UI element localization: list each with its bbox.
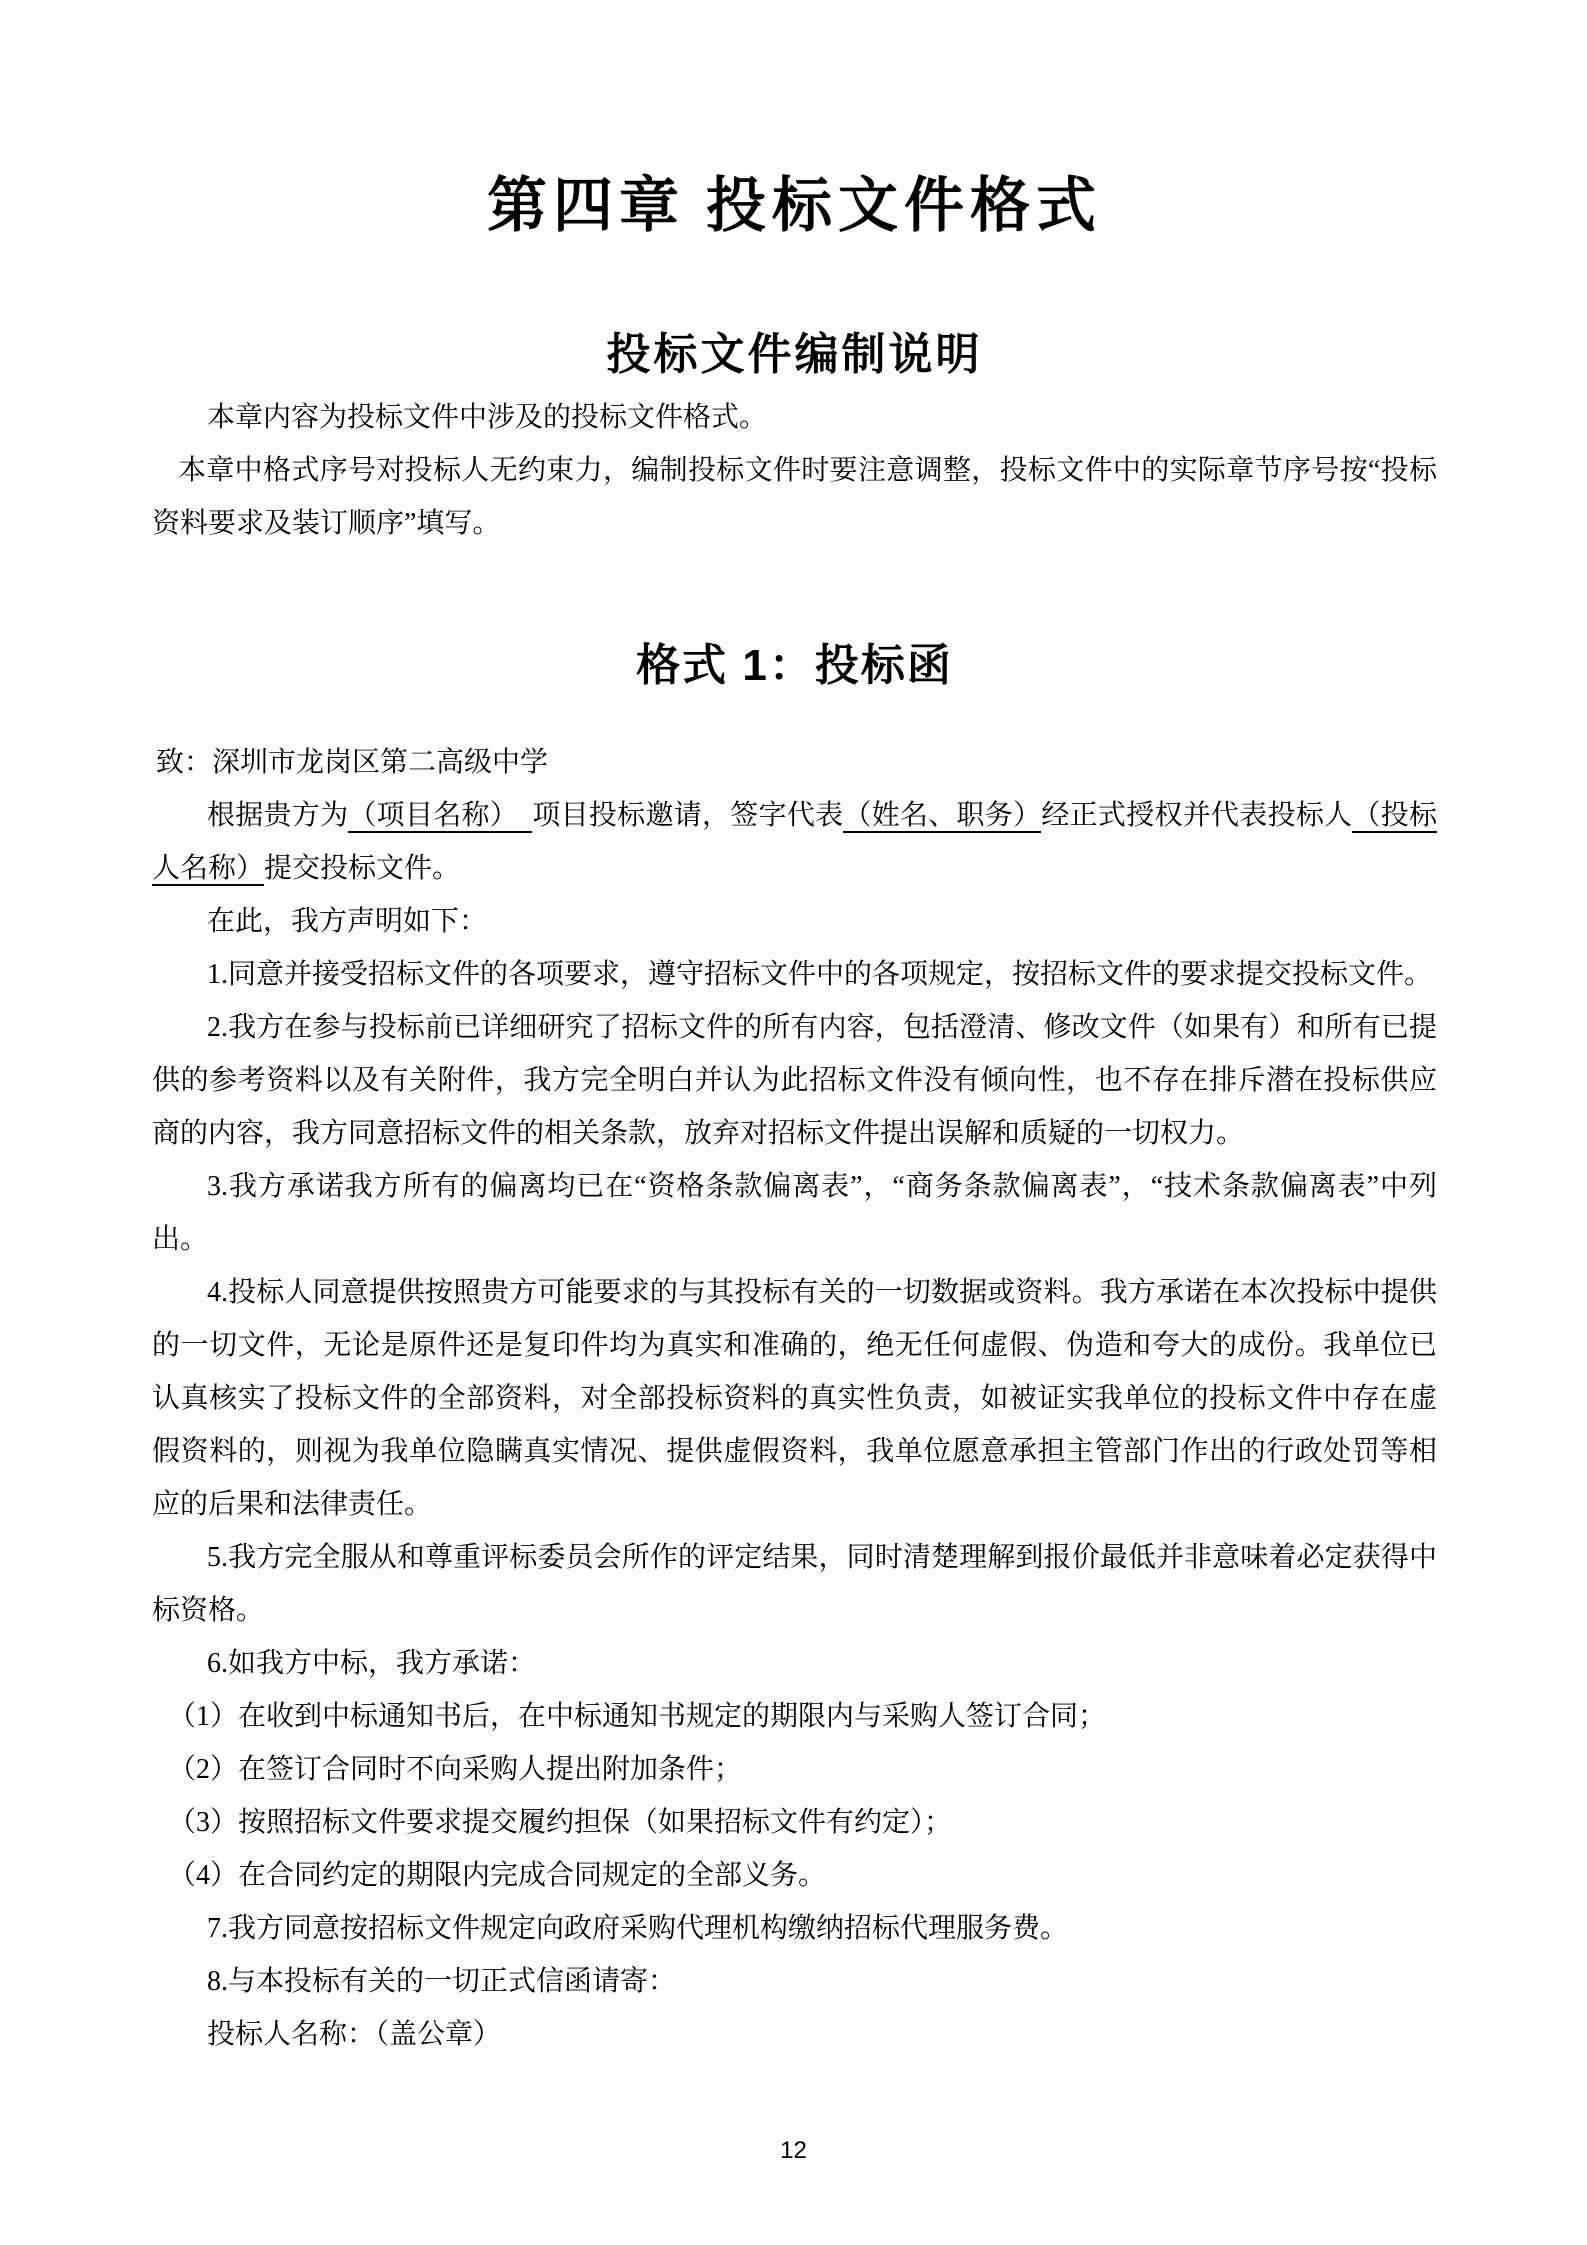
format-heading: 格式 1：投标函: [152, 638, 1437, 694]
declaration-paragraph: （4）在合同约定的期限内完成合同规定的全部义务。: [152, 1849, 1437, 1902]
declaration-paragraph: 2.我方在参与投标前已详细研究了招标文件的所有内容，包括澄清、修改文件（如果有）…: [152, 1001, 1437, 1160]
declaration-paragraph: （1）在收到中标通知书后，在中标通知书规定的期限内与采购人签订合同；: [152, 1690, 1437, 1743]
declaration-paragraph: 5.我方完全服从和尊重评标委员会所作的评定结果，同时清楚理解到报价最低并非意味着…: [152, 1531, 1437, 1637]
intro-section: 本章内容为投标文件中涉及的投标文件格式。本章中格式序号对投标人无约束力，编制投标…: [152, 391, 1437, 550]
document-page: 第四章 投标文件格式 投标文件编制说明 本章内容为投标文件中涉及的投标文件格式。…: [0, 0, 1587, 2245]
declaration-paragraph: 7.我方同意按招标文件规定向政府采购代理机构缴纳招标代理服务费。: [152, 1902, 1437, 1955]
salutation-text: 提交投标文件。: [264, 853, 460, 884]
page-number: 12: [0, 2136, 1587, 2166]
declaration-paragraph: 投标人名称：（盖公章）: [152, 2008, 1437, 2061]
declaration-paragraph: 在此，我方声明如下：: [152, 895, 1437, 948]
blank-field: （项目名称）: [348, 800, 532, 833]
blank-field: （姓名、职务）: [843, 800, 1041, 833]
declaration-paragraph: 6.如我方中标，我方承诺：: [152, 1637, 1437, 1690]
declaration-paragraph: 3.我方承诺我方所有的偏离均已在“资格条款偏离表”，“商务条款偏离表”，“技术条…: [152, 1160, 1437, 1266]
declaration-paragraph: 4.投标人同意提供按照贵方可能要求的与其投标有关的一切数据或资料。我方承诺在本次…: [152, 1266, 1437, 1531]
intro-paragraph: 本章中格式序号对投标人无约束力，编制投标文件时要注意调整，投标文件中的实际章节序…: [152, 444, 1437, 550]
chapter-title: 第四章 投标文件格式: [152, 170, 1437, 242]
declaration-paragraph: 1.同意并接受招标文件的各项要求，遵守招标文件中的各项规定，按招标文件的要求提交…: [152, 948, 1437, 1001]
salutation-line: 根据贵方为（项目名称） 项目投标邀请，签字代表（姓名、职务）经正式授权并代表投标…: [152, 789, 1437, 895]
declaration-section: 在此，我方声明如下：1.同意并接受招标文件的各项要求，遵守招标文件中的各项规定，…: [152, 895, 1437, 2061]
section-title: 投标文件编制说明: [152, 327, 1437, 383]
intro-paragraph: 本章内容为投标文件中涉及的投标文件格式。: [152, 391, 1437, 444]
declaration-paragraph: （2）在签订合同时不向采购人提出附加条件；: [152, 1743, 1437, 1796]
declaration-paragraph: （3）按照招标文件要求提交履约担保（如果招标文件有约定）；: [152, 1796, 1437, 1849]
salutation-text: 项目投标邀请，签字代表: [532, 800, 843, 831]
addressee-line: 致：深圳市龙岗区第二高级中学: [152, 736, 1437, 789]
declaration-paragraph: 8.与本投标有关的一切正式信函请寄：: [152, 1955, 1437, 2008]
salutation-text: 经正式授权并代表投标人: [1041, 800, 1352, 831]
salutation-text: 根据贵方为: [207, 800, 348, 831]
